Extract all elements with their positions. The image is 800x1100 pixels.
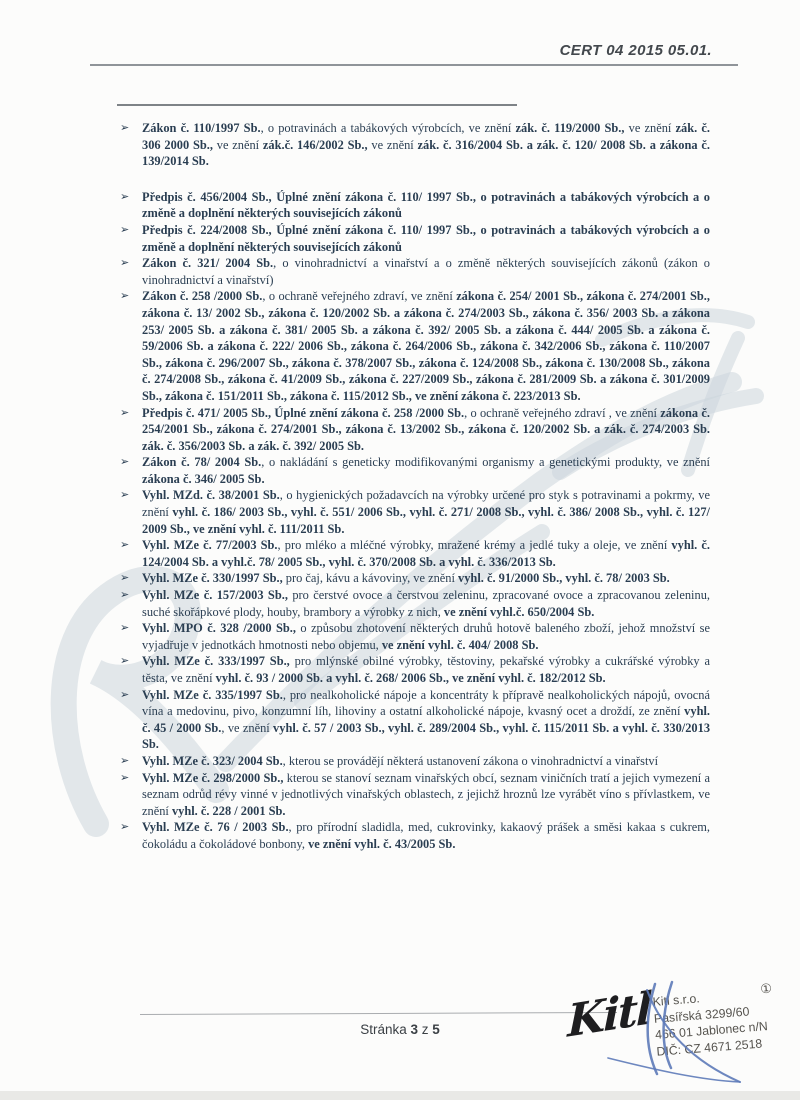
list-item: ➢Zákon č. 258 /2000 Sb., o ochraně veřej… [120, 288, 710, 404]
law-item-text: Zákon č. 321/ 2004 Sb., o vinohradnictví… [142, 255, 710, 288]
company-stamp: ① Kitl s.r.o. Pasířská 3299/60 466 01 Ja… [652, 982, 800, 1060]
list-item: ➢Vyhl. MZe č. 77/2003 Sb., pro mléko a m… [120, 537, 710, 570]
arrow-bullet-icon: ➢ [120, 537, 142, 554]
arrow-bullet-icon: ➢ [120, 120, 142, 137]
law-item-text: Vyhl. MZe č. 333/1997 Sb., pro mlýnské o… [142, 653, 710, 686]
law-item-text: Vyhl. MZe č. 298/2000 Sb., kterou se sta… [142, 770, 710, 820]
law-item-text: Vyhl. MZd. č. 38/2001 Sb., o hygienickýc… [142, 487, 710, 537]
list-item: ➢Vyhl. MZe č. 335/1997 Sb., pro nealkoho… [120, 687, 710, 753]
law-list: ➢Zákon č. 110/1997 Sb., o potravinách a … [120, 120, 710, 853]
law-item-text: Vyhl. MZe č. 335/1997 Sb., pro nealkohol… [142, 687, 710, 753]
arrow-bullet-icon: ➢ [120, 570, 142, 587]
arrow-bullet-icon: ➢ [120, 454, 142, 471]
list-item: ➢Předpis č. 224/2008 Sb., Úplné znění zá… [120, 222, 710, 255]
law-item-text: Předpis č. 224/2008 Sb., Úplné znění zák… [142, 222, 710, 255]
list-item: ➢Vyhl. MZe č. 330/1997 Sb., pro čaj, káv… [120, 570, 710, 587]
header-rule [90, 64, 738, 66]
law-item-text: Zákon č. 110/1997 Sb., o potravinách a t… [142, 120, 710, 170]
law-item-text: Vyhl. MZe č. 330/1997 Sb., pro čaj, kávu… [142, 570, 710, 587]
arrow-bullet-icon: ➢ [120, 487, 142, 504]
list-item: ➢Vyhl. MZe č. 157/2003 Sb., pro čerstvé … [120, 587, 710, 620]
law-item-text: Předpis č. 456/2004 Sb., Úplné znění zák… [142, 189, 710, 222]
footer-prefix: Stránka [360, 1022, 410, 1037]
list-item: ➢Vyhl. MZe č. 298/2000 Sb., kterou se st… [120, 770, 710, 820]
list-item: ➢Vyhl. MZe č. 323/ 2004 Sb., kterou se p… [120, 753, 710, 770]
signature: Kitl [567, 983, 651, 1048]
circled-number-icon: ① [760, 981, 773, 998]
law-item-text: Vyhl. MZe č. 323/ 2004 Sb., kterou se pr… [142, 753, 710, 770]
arrow-bullet-icon: ➢ [120, 255, 142, 272]
scan-fold-line [140, 1012, 617, 1015]
footer-page-number: 3 [410, 1022, 418, 1037]
law-item-text: Vyhl. MZe č. 157/2003 Sb., pro čerstvé o… [142, 587, 710, 620]
arrow-bullet-icon: ➢ [120, 288, 142, 305]
arrow-bullet-icon: ➢ [120, 405, 142, 422]
list-item: ➢Vyhl. MZd. č. 38/2001 Sb., o hygienický… [120, 487, 710, 537]
law-item-text: Vyhl. MZe č. 77/2003 Sb., pro mléko a ml… [142, 537, 710, 570]
list-item: ➢Vyhl. MZe č. 76 / 2003 Sb., pro přírodn… [120, 819, 710, 852]
list-item: ➢Vyhl. MZe č. 333/1997 Sb., pro mlýnské … [120, 653, 710, 686]
arrow-bullet-icon: ➢ [120, 819, 142, 836]
list-item: ➢Vyhl. MPO č. 328 /2000 Sb., o způsobu z… [120, 620, 710, 653]
law-item-text: Zákon č. 258 /2000 Sb., o ochraně veřejn… [142, 288, 710, 404]
document-page: CERT 04 2015 05.01. ➢Zákon č. 110/1997 S… [0, 0, 800, 1100]
arrow-bullet-icon: ➢ [120, 587, 142, 604]
arrow-bullet-icon: ➢ [120, 770, 142, 787]
list-item: ➢Zákon č. 110/1997 Sb., o potravinách a … [120, 120, 710, 170]
list-item: ➢Zákon č. 78/ 2004 Sb., o nakládání s ge… [120, 454, 710, 487]
list-item: ➢Předpis č. 456/2004 Sb., Úplné znění zá… [120, 189, 710, 222]
document-code: CERT 04 2015 05.01. [560, 42, 712, 59]
footer-separator: z [418, 1022, 432, 1037]
arrow-bullet-icon: ➢ [120, 687, 142, 704]
law-item-text: Zákon č. 78/ 2004 Sb., o nakládání s gen… [142, 454, 710, 487]
sub-rule [117, 104, 517, 106]
list-item: ➢Předpis č. 471/ 2005 Sb., Úplné znění z… [120, 405, 710, 455]
scan-edge [0, 1091, 800, 1100]
law-item-text: Vyhl. MZe č. 76 / 2003 Sb., pro přírodní… [142, 819, 710, 852]
arrow-bullet-icon: ➢ [120, 620, 142, 637]
list-item: ➢Zákon č. 321/ 2004 Sb., o vinohradnictv… [120, 255, 710, 288]
law-item-text: Vyhl. MPO č. 328 /2000 Sb., o způsobu zh… [142, 620, 710, 653]
arrow-bullet-icon: ➢ [120, 189, 142, 206]
arrow-bullet-icon: ➢ [120, 653, 142, 670]
arrow-bullet-icon: ➢ [120, 753, 142, 770]
footer-total-pages: 5 [432, 1022, 440, 1037]
law-item-text: Předpis č. 471/ 2005 Sb., Úplné znění zá… [142, 405, 710, 455]
arrow-bullet-icon: ➢ [120, 222, 142, 239]
